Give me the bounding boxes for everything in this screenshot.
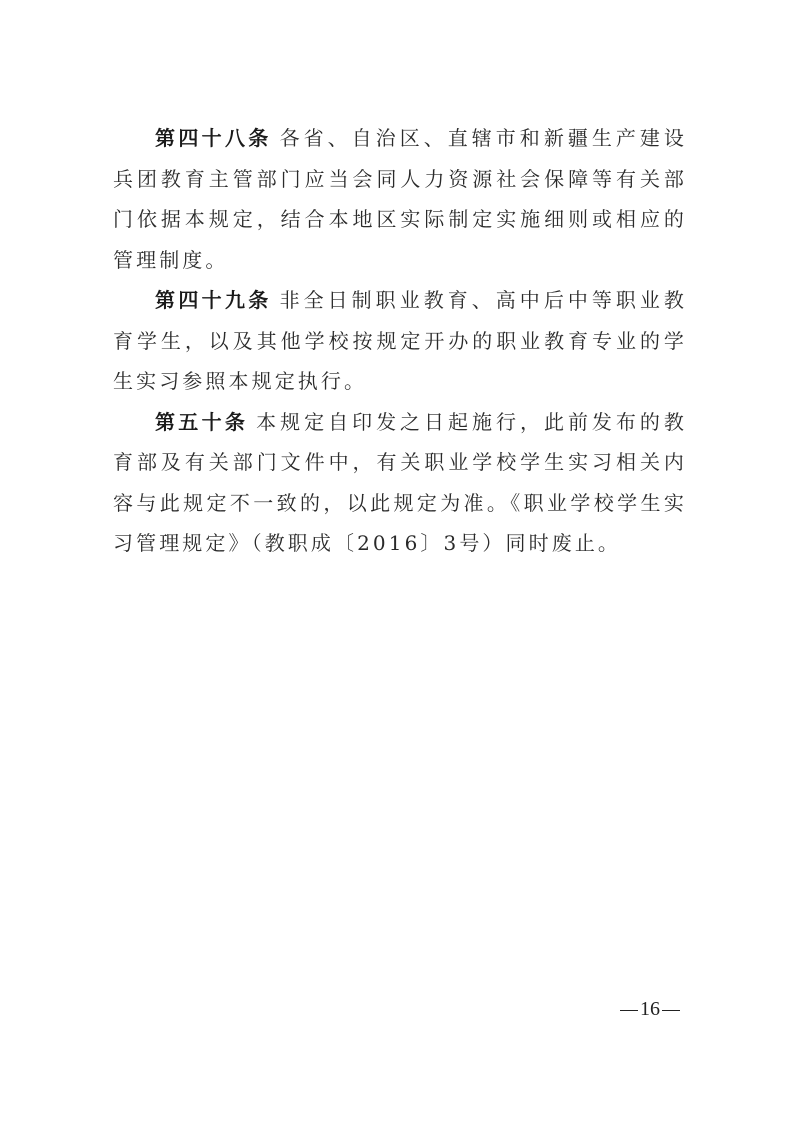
article-number: 第四十九条: [155, 288, 272, 312]
page-number: 16: [618, 998, 682, 1021]
document-body: 第四十八条各省、自治区、直辖市和新疆生产建设兵团教育主管部门应当会同人力资源社会…: [113, 118, 687, 564]
article-number: 第五十条: [155, 410, 248, 434]
dash-left: [620, 1010, 638, 1011]
dash-right: [662, 1010, 680, 1011]
article-50: 第五十条本规定自印发之日起施行，此前发布的教育部及有关部门文件中，有关职业学校学…: [113, 402, 687, 564]
article-48: 第四十八条各省、自治区、直辖市和新疆生产建设兵团教育主管部门应当会同人力资源社会…: [113, 118, 687, 280]
page-number-value: 16: [640, 998, 660, 1020]
document-page: 第四十八条各省、自治区、直辖市和新疆生产建设兵团教育主管部门应当会同人力资源社会…: [0, 0, 794, 1122]
article-number: 第四十八条: [155, 126, 272, 150]
article-49: 第四十九条非全日制职业教育、高中后中等职业教育学生，以及其他学校按规定开办的职业…: [113, 280, 687, 402]
